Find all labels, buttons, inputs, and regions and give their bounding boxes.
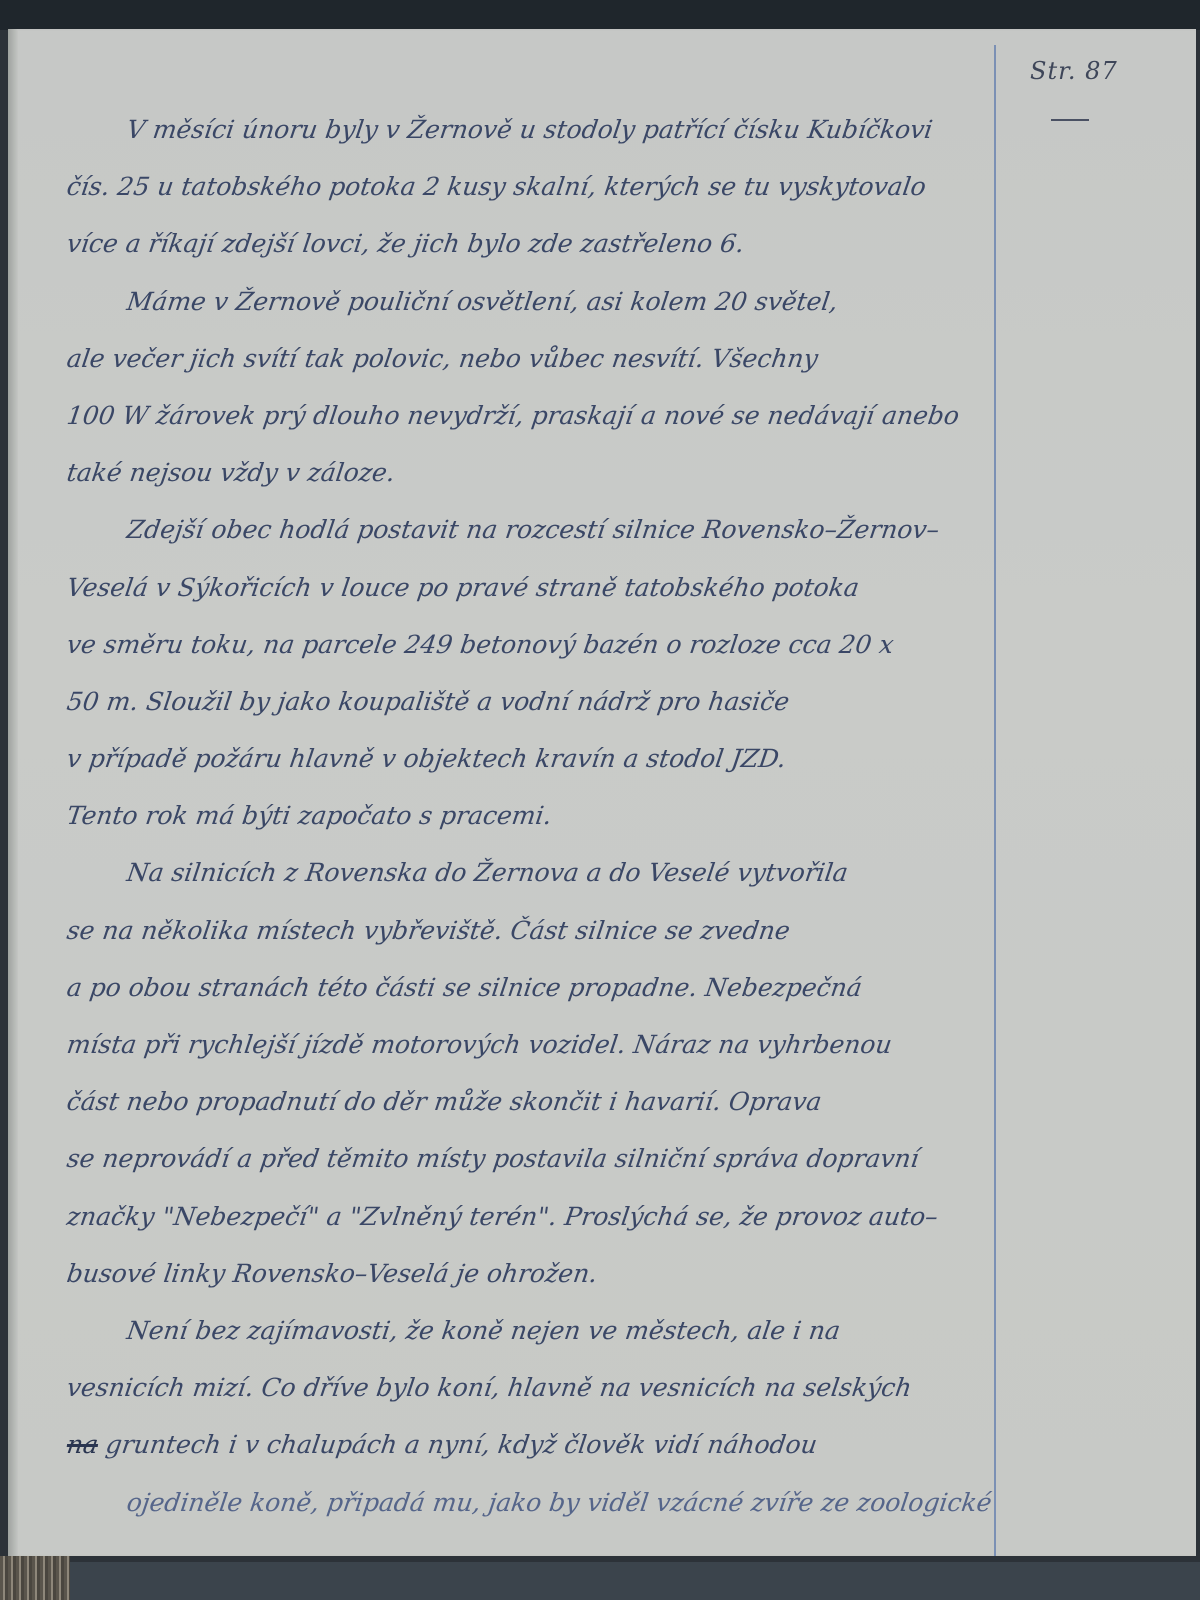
text-line-with-strikethrough: na gruntech i v chalupách a nyní, když č…: [63, 1416, 1001, 1473]
text-line: značky "Nebezpečí" a "Zvlněný terén". Pr…: [63, 1188, 1001, 1245]
text-line: Veselá v Sýkořicích v louce po pravé str…: [63, 559, 1001, 616]
text-line: 50 m. Sloužil by jako koupaliště a vodní…: [63, 673, 1001, 730]
text-line: a po obou stranách této části se silnice…: [63, 959, 1001, 1016]
text-line: V měsíci únoru byly v Žernově u stodoly …: [63, 101, 1001, 158]
text-line: více a říkají zdejší lovci, že jich bylo…: [63, 215, 1001, 272]
scan-background-top: [0, 0, 1200, 30]
text-line: ojediněle koně, připadá mu, jako by vidě…: [63, 1474, 1001, 1531]
scan-background-bottom: [0, 1562, 1200, 1600]
page-number-underline: [1051, 119, 1089, 121]
struck-word: na: [65, 1430, 100, 1459]
chronicle-page: Str. 87 V měsíci únoru byly v Žernově u …: [8, 29, 1196, 1556]
text-line: ve směru toku, na parcele 249 betonový b…: [63, 616, 1001, 673]
page-gutter: [8, 29, 18, 1556]
text-line: 100 W žárovek prý dlouho nevydrží, prask…: [63, 387, 1001, 444]
text-line: místa při rychlejší jízdě motorových voz…: [63, 1016, 1001, 1073]
text-line: se na několika místech vybřeviště. Část …: [63, 902, 1001, 959]
text-line: Máme v Žernově pouliční osvětlení, asi k…: [63, 273, 1001, 330]
page-number: Str. 87: [1030, 57, 1118, 85]
text-line: čís. 25 u tatobského potoka 2 kusy skaln…: [63, 158, 1001, 215]
text-line-content: gruntech i v chalupách a nyní, když člov…: [104, 1430, 819, 1459]
text-line: busové linky Rovensko–Veselá je ohrožen.: [63, 1245, 1001, 1302]
text-line: také nejsou vždy v záloze.: [63, 444, 1001, 501]
book-binding-cloth: [0, 1556, 70, 1600]
text-line: Není bez zajímavosti, že koně nejen ve m…: [63, 1302, 1001, 1359]
text-line: vesnicích mizí. Co dříve bylo koní, hlav…: [63, 1359, 1001, 1416]
text-line: Na silnicích z Rovenska do Žernova a do …: [63, 844, 1001, 901]
text-line: v případě požáru hlavně v objektech krav…: [63, 730, 1001, 787]
text-line: Zdejší obec hodlá postavit na rozcestí s…: [63, 501, 1001, 558]
text-line: část nebo propadnutí do děr může skončit…: [63, 1073, 1001, 1130]
text-line: se neprovádí a před těmito místy postavi…: [63, 1130, 1001, 1187]
handwritten-text-block: V měsíci únoru byly v Žernově u stodoly …: [63, 101, 993, 1531]
text-line: ale večer jich svítí tak polovic, nebo v…: [63, 330, 1001, 387]
text-line: Tento rok má býti započato s pracemi.: [63, 787, 1001, 844]
